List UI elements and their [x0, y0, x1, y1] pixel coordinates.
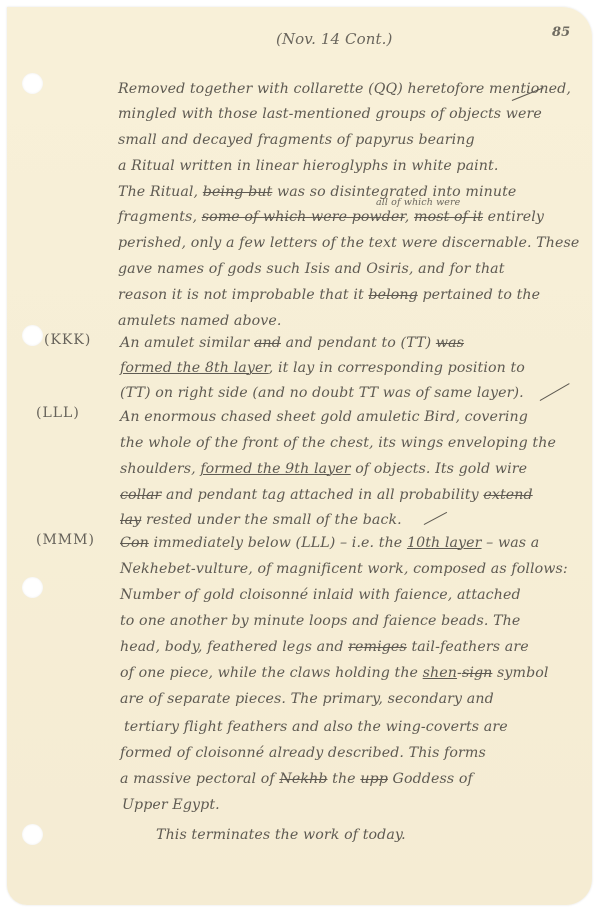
text-line: reason it is not improbable that it belo… [118, 288, 540, 302]
text-fragment: shoulders, [120, 461, 196, 477]
text-line: lay rested under the small of the back. [120, 513, 402, 527]
interlinear-insertion: all of which were [376, 198, 460, 208]
underlined-text: formed the 9th layer [200, 461, 350, 477]
text-line: amulets named above. [118, 314, 282, 328]
text-fragment: tail-feathers are [411, 639, 528, 655]
text-fragment: reason it is not improbable that it [118, 287, 364, 303]
underlined-text: shen [423, 665, 457, 681]
text-line: An enormous chased sheet gold amuletic B… [120, 410, 528, 424]
binder-hole [22, 577, 43, 598]
text-line: a Ritual written in linear hieroglyphs i… [118, 159, 498, 173]
struck-text: and [254, 335, 281, 351]
text-fragment: and pendant tag attached in all probabil… [166, 487, 479, 503]
struck-text: lay [120, 512, 141, 528]
text-fragment: immediately below (LLL) – i.e. the [153, 535, 402, 551]
item-label-lll: (LLL) [36, 406, 80, 420]
struck-text: sign [462, 665, 492, 681]
struck-text: Nekhb [279, 771, 327, 787]
text-line: Con immediately below (LLL) – i.e. the 1… [120, 536, 539, 550]
binder-hole [22, 824, 43, 845]
closing-line: This terminates the work of today. [156, 828, 406, 842]
text-fragment: symbol [497, 665, 549, 681]
text-fragment: The Ritual, [118, 184, 198, 200]
page-number: 85 [552, 26, 570, 39]
text-line: the whole of the front of the chest, its… [120, 436, 556, 450]
text-line: head, body, feathered legs and remiges t… [120, 640, 529, 654]
struck-text: Con [120, 535, 149, 551]
text-fragment: rested under the small of the back. [146, 512, 402, 528]
text-line: An amulet similar and and pendant to (TT… [120, 336, 464, 350]
text-fragment: fragments, [118, 209, 197, 225]
struck-text: belong [368, 287, 417, 303]
text-fragment: entirely [488, 209, 544, 225]
text-fragment: pertained to the [422, 287, 540, 303]
text-line: fragments, some of which were powder, mo… [118, 210, 544, 224]
text-line: shoulders, formed the 9th layer of objec… [120, 462, 527, 476]
text-line: perished, only a few letters of the text… [118, 236, 579, 250]
text-line: collar and pendant tag attached in all p… [120, 488, 533, 502]
struck-text: collar [120, 487, 161, 503]
text-line: tertiary flight feathers and also the wi… [124, 720, 508, 734]
text-line: Number of gold cloisonné inlaid with fai… [120, 588, 521, 602]
item-label-mmm: (MMM) [36, 533, 95, 547]
struck-text: upp [360, 771, 388, 787]
text-line: formed the 8th layer, it lay in correspo… [120, 361, 525, 375]
text-fragment: – was a [486, 535, 539, 551]
text-line: mingled with those last-mentioned groups… [118, 107, 542, 121]
struck-text: was [436, 335, 464, 351]
header-note: (Nov. 14 Cont.) [276, 32, 392, 47]
underlined-text: formed the 8th layer [120, 360, 269, 376]
text-fragment: of one piece, while the claws holding th… [120, 665, 418, 681]
text-fragment: the [332, 771, 356, 787]
text-line: are of separate pieces. The primary, sec… [120, 692, 494, 706]
text-fragment: of objects. Its gold wire [355, 461, 527, 477]
text-fragment: a massive pectoral of [120, 771, 275, 787]
text-line: Nekhebet-vulture, of magnificent work, c… [120, 562, 568, 576]
item-label-kkk: (KKK) [44, 333, 91, 347]
struck-text: some of which were powder [202, 209, 405, 225]
text-fragment: An amulet similar [120, 335, 249, 351]
binder-hole [22, 73, 43, 94]
struck-text: remiges [348, 639, 407, 655]
text-line: (TT) on right side (and no doubt TT was … [120, 386, 524, 400]
text-line: gave names of gods such Isis and Osiris,… [118, 262, 505, 276]
text-line: a massive pectoral of Nekhb the upp Godd… [120, 772, 473, 786]
text-fragment: Goddess of [393, 771, 473, 787]
text-line: to one another by minute loops and faien… [120, 614, 520, 628]
text-fragment: head, body, feathered legs and [120, 639, 344, 655]
text-line: formed of cloisonné already described. T… [120, 746, 486, 760]
text-line: Removed together with collarette (QQ) he… [118, 82, 571, 96]
underlined-text: 10th layer [407, 535, 482, 551]
struck-text: most of it [414, 209, 483, 225]
text-fragment: , it lay in corresponding position to [269, 360, 525, 376]
text-line: small and decayed fragments of papyrus b… [118, 133, 475, 147]
text-line: Upper Egypt. [122, 798, 220, 812]
struck-text: being but [203, 184, 273, 200]
text-fragment: and pendant to (TT) [286, 335, 432, 351]
struck-text: extend [483, 487, 532, 503]
binder-hole [22, 325, 43, 346]
text-line: of one piece, while the claws holding th… [120, 666, 549, 680]
